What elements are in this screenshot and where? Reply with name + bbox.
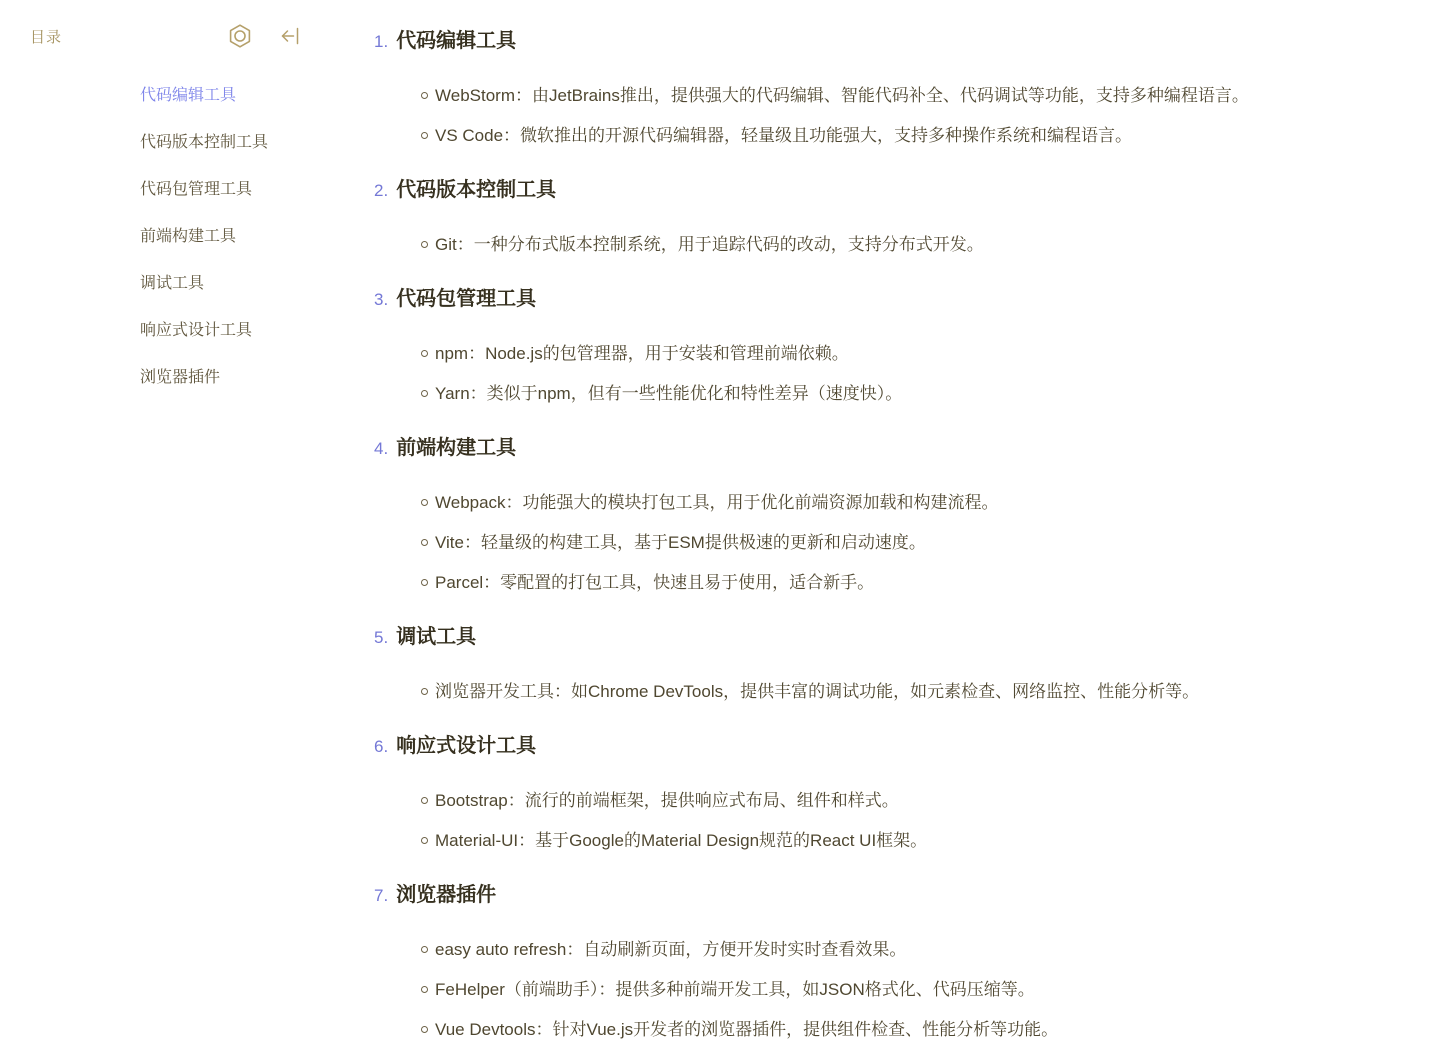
toc-panel: 目录 代码编辑工具 代码版本控制工具 <box>0 0 360 1050</box>
section-heading: 7.浏览器插件 <box>374 880 1421 911</box>
toc-item[interactable]: 浏览器插件 <box>140 354 360 401</box>
section-title: 代码版本控制工具 <box>396 179 556 201</box>
bullet-text: Vite：轻量级的构建工具，基于ESM提供极速的更新和启动速度。 <box>435 533 926 552</box>
bullet-list: easy auto refresh：自动刷新页面，方便开发时实时查看效果。FeH… <box>374 930 1421 1050</box>
section-number: 6. <box>374 737 388 756</box>
section-heading: 3.代码包管理工具 <box>374 284 1421 315</box>
bullet-list: WebStorm：由JetBrains推出，提供强大的代码编辑、智能代码补全、代… <box>374 76 1421 156</box>
hexagon-settings-icon[interactable] <box>226 22 254 50</box>
bullet-text: Webpack：功能强大的模块打包工具，用于优化前端资源加载和构建流程。 <box>435 493 999 512</box>
bullet-circle-icon <box>421 350 428 357</box>
toc-item-label: 浏览器插件 <box>140 369 220 386</box>
doc-section: 4.前端构建工具 Webpack：功能强大的模块打包工具，用于优化前端资源加载和… <box>374 433 1421 603</box>
bullet-item: Webpack：功能强大的模块打包工具，用于优化前端资源加载和构建流程。 <box>421 483 1421 523</box>
section-title: 响应式设计工具 <box>396 735 536 757</box>
bullet-circle-icon <box>421 986 428 993</box>
bullet-circle-icon <box>421 499 428 506</box>
bullet-text: easy auto refresh：自动刷新页面，方便开发时实时查看效果。 <box>435 940 906 959</box>
bullet-text: Parcel：零配置的打包工具，快速且易于使用，适合新手。 <box>435 573 874 592</box>
bullet-text: 浏览器开发工具：如Chrome DevTools，提供丰富的调试功能，如元素检查… <box>435 682 1199 701</box>
toc-header: 目录 <box>0 20 360 52</box>
doc-section: 2.代码版本控制工具 Git：一种分布式版本控制系统，用于追踪代码的改动，支持分… <box>374 175 1421 265</box>
section-number: 5. <box>374 628 388 647</box>
bullet-text: Bootstrap：流行的前端框架，提供响应式布局、组件和样式。 <box>435 791 899 810</box>
bullet-item: Bootstrap：流行的前端框架，提供响应式布局、组件和样式。 <box>421 781 1421 821</box>
section-title: 前端构建工具 <box>396 437 516 459</box>
bullet-list: Webpack：功能强大的模块打包工具，用于优化前端资源加载和构建流程。Vite… <box>374 483 1421 603</box>
bullet-item: npm：Node.js的包管理器，用于安装和管理前端依赖。 <box>421 334 1421 374</box>
bullet-circle-icon <box>421 688 428 695</box>
toc-item-label: 代码包管理工具 <box>140 181 252 198</box>
toc-item-label: 代码编辑工具 <box>140 87 236 104</box>
bullet-item: Vite：轻量级的构建工具，基于ESM提供极速的更新和启动速度。 <box>421 523 1421 563</box>
bullet-text: WebStorm：由JetBrains推出，提供强大的代码编辑、智能代码补全、代… <box>435 86 1249 105</box>
bullet-item: Parcel：零配置的打包工具，快速且易于使用，适合新手。 <box>421 563 1421 603</box>
bullet-circle-icon <box>421 132 428 139</box>
toc-item-label: 响应式设计工具 <box>140 322 252 339</box>
bullet-item: FeHelper（前端助手）：提供多种前端开发工具，如JSON格式化、代码压缩等… <box>421 970 1421 1010</box>
bullet-text: npm：Node.js的包管理器，用于安装和管理前端依赖。 <box>435 344 849 363</box>
document-viewer: 目录 代码编辑工具 代码版本控制工具 <box>0 0 1437 1050</box>
toc-item-label: 调试工具 <box>140 275 204 292</box>
toc-item[interactable]: 代码编辑工具 <box>140 72 360 119</box>
bullet-circle-icon <box>421 241 428 248</box>
bullet-text: Git：一种分布式版本控制系统，用于追踪代码的改动，支持分布式开发。 <box>435 235 984 254</box>
section-heading: 4.前端构建工具 <box>374 433 1421 464</box>
toc-item[interactable]: 响应式设计工具 <box>140 307 360 354</box>
toc-item[interactable]: 调试工具 <box>140 260 360 307</box>
section-title: 代码包管理工具 <box>396 288 536 310</box>
section-title: 调试工具 <box>396 626 476 648</box>
section-heading: 5.调试工具 <box>374 622 1421 653</box>
bullet-item: Vue Devtools：针对Vue.js开发者的浏览器插件，提供组件检查、性能… <box>421 1010 1421 1050</box>
bullet-text: Material-UI：基于Google的Material Design规范的R… <box>435 831 927 850</box>
doc-section: 3.代码包管理工具 npm：Node.js的包管理器，用于安装和管理前端依赖。Y… <box>374 284 1421 414</box>
toc-item-label: 前端构建工具 <box>140 228 236 245</box>
section-number: 2. <box>374 181 388 200</box>
toc-item[interactable]: 前端构建工具 <box>140 213 360 260</box>
bullet-item: Yarn：类似于npm，但有一些性能优化和特性差异（速度快）。 <box>421 374 1421 414</box>
bullet-item: VS Code：微软推出的开源代码编辑器，轻量级且功能强大，支持多种操作系统和编… <box>421 116 1421 156</box>
section-number: 1. <box>374 32 388 51</box>
bullet-text: Vue Devtools：针对Vue.js开发者的浏览器插件，提供组件检查、性能… <box>435 1020 1058 1039</box>
section-heading: 1.代码编辑工具 <box>374 26 1421 57</box>
bullet-circle-icon <box>421 539 428 546</box>
bullet-circle-icon <box>421 92 428 99</box>
bullet-circle-icon <box>421 797 428 804</box>
doc-section: 7.浏览器插件 easy auto refresh：自动刷新页面，方便开发时实时… <box>374 880 1421 1050</box>
bullet-circle-icon <box>421 579 428 586</box>
bullet-circle-icon <box>421 390 428 397</box>
doc-section: 5.调试工具 浏览器开发工具：如Chrome DevTools，提供丰富的调试功… <box>374 622 1421 712</box>
bullet-text: FeHelper（前端助手）：提供多种前端开发工具，如JSON格式化、代码压缩等… <box>435 980 1035 999</box>
toc-title: 目录 <box>30 26 62 47</box>
doc-section: 6.响应式设计工具 Bootstrap：流行的前端框架，提供响应式布局、组件和样… <box>374 731 1421 861</box>
toc-item-label: 代码版本控制工具 <box>140 134 268 151</box>
bullet-item: 浏览器开发工具：如Chrome DevTools，提供丰富的调试功能，如元素检查… <box>421 672 1421 712</box>
doc-section: 1.代码编辑工具 WebStorm：由JetBrains推出，提供强大的代码编辑… <box>374 26 1421 156</box>
bullet-circle-icon <box>421 946 428 953</box>
bullet-item: Material-UI：基于Google的Material Design规范的R… <box>421 821 1421 861</box>
collapse-panel-icon[interactable] <box>278 24 302 48</box>
section-heading: 6.响应式设计工具 <box>374 731 1421 762</box>
section-number: 4. <box>374 439 388 458</box>
section-title: 浏览器插件 <box>396 884 496 906</box>
bullet-item: easy auto refresh：自动刷新页面，方便开发时实时查看效果。 <box>421 930 1421 970</box>
bullet-item: Git：一种分布式版本控制系统，用于追踪代码的改动，支持分布式开发。 <box>421 225 1421 265</box>
bullet-list: npm：Node.js的包管理器，用于安装和管理前端依赖。Yarn：类似于npm… <box>374 334 1421 414</box>
toc-item[interactable]: 代码包管理工具 <box>140 166 360 213</box>
document-content: 1.代码编辑工具 WebStorm：由JetBrains推出，提供强大的代码编辑… <box>360 0 1437 1050</box>
toc-list: 代码编辑工具 代码版本控制工具 代码包管理工具 前端构建工具 调试工具 响应式设… <box>0 72 360 401</box>
toc-item[interactable]: 代码版本控制工具 <box>140 119 360 166</box>
bullet-text: Yarn：类似于npm，但有一些性能优化和特性差异（速度快）。 <box>435 384 902 403</box>
toc-actions <box>226 22 302 50</box>
bullet-item: WebStorm：由JetBrains推出，提供强大的代码编辑、智能代码补全、代… <box>421 76 1421 116</box>
bullet-text: VS Code：微软推出的开源代码编辑器，轻量级且功能强大，支持多种操作系统和编… <box>435 126 1132 145</box>
bullet-list: Git：一种分布式版本控制系统，用于追踪代码的改动，支持分布式开发。 <box>374 225 1421 265</box>
section-number: 3. <box>374 290 388 309</box>
bullet-circle-icon <box>421 1026 428 1033</box>
bullet-list: Bootstrap：流行的前端框架，提供响应式布局、组件和样式。Material… <box>374 781 1421 861</box>
section-title: 代码编辑工具 <box>396 30 516 52</box>
bullet-list: 浏览器开发工具：如Chrome DevTools，提供丰富的调试功能，如元素检查… <box>374 672 1421 712</box>
section-number: 7. <box>374 886 388 905</box>
bullet-circle-icon <box>421 837 428 844</box>
section-heading: 2.代码版本控制工具 <box>374 175 1421 206</box>
